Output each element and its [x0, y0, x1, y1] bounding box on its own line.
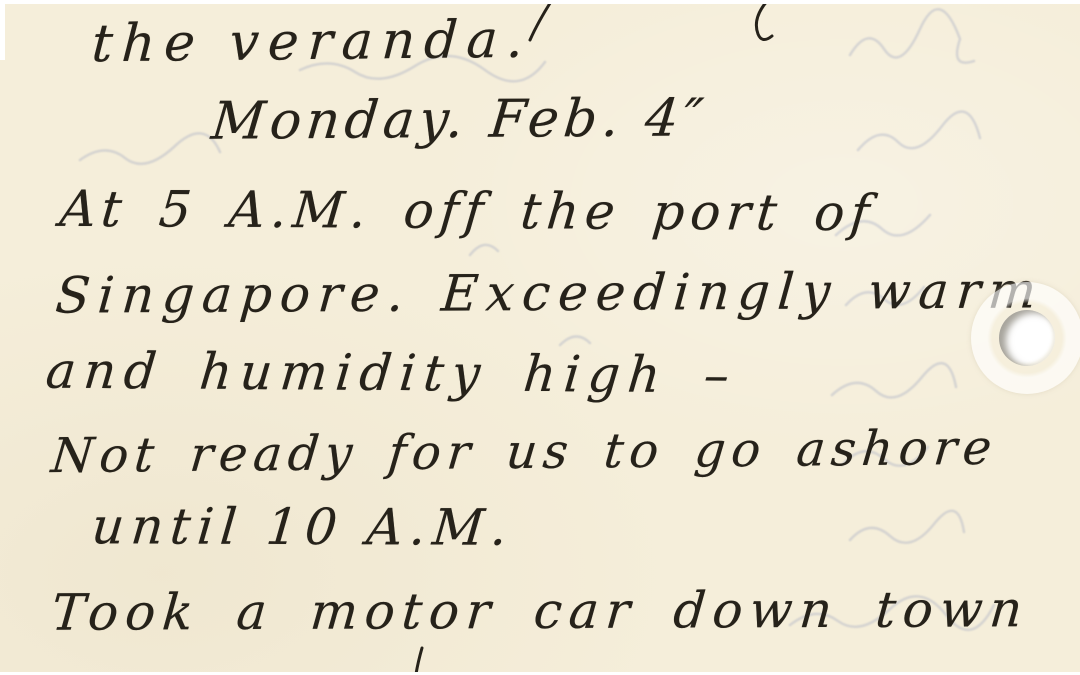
diary-page-scan: the veranda. Monday. Feb. 4″ At 5 A.M. o… — [0, 0, 1080, 675]
scan-edge-top — [0, 0, 1080, 4]
punch-hole-reinforcement-ring — [971, 282, 1080, 394]
cut-off-pen-strokes — [0, 0, 1080, 675]
scan-edge-left — [0, 0, 5, 60]
punch-hole — [999, 310, 1055, 366]
